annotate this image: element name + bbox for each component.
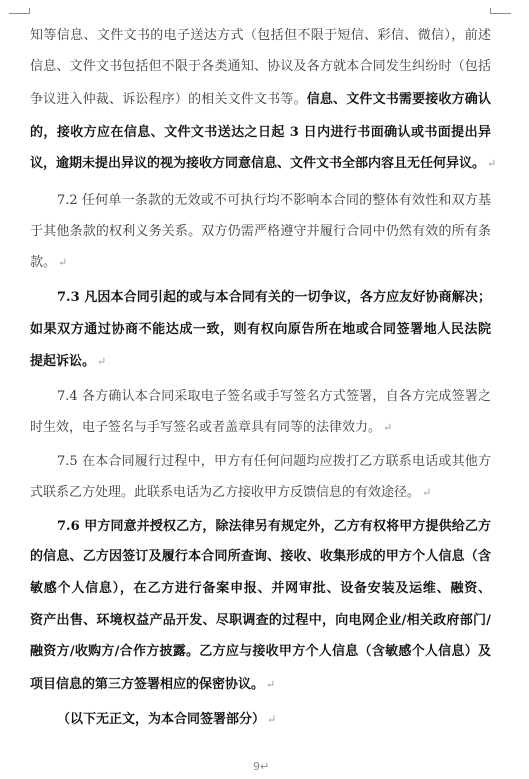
text-segment: （以下无正文，为本合同签署部分）: [57, 712, 265, 727]
text-segment: 议，逾期未提出异议的视为接收方同意信息、文件文书全部内容且无任何异议。: [30, 156, 485, 171]
closing-note: （以下无正文，为本合同签署部分）↵: [57, 710, 491, 730]
text-line: 式联系乙方处理。此联系电话为乙方接收甲方反馈信息的有效途径。↵: [30, 483, 491, 503]
page-corner-mark-left: [9, 8, 30, 14]
paragraph-mark-icon: ↵: [260, 760, 269, 773]
text-segment: 款。: [30, 255, 56, 270]
bold-text-segment: 信息、文件文书需要接收方确认: [307, 92, 491, 107]
text-line: 于其他条款的权利义务关系。双方仍需严格遵守并履行合同中仍然有效的所有条: [30, 222, 491, 242]
text-line: 提起诉讼。↵: [30, 352, 491, 372]
text-line: 的信息、乙方因签订及履行本合同所查询、接收、收集形成的甲方个人信息（含: [30, 547, 491, 567]
text-line: 信息、文件文书包括但不限于各类通知、协议及各方就本合同发生纠纷时（包括: [30, 57, 491, 77]
page-corner-mark-right: [490, 8, 511, 14]
paragraph-mark-icon: ↵: [266, 678, 275, 691]
text-line: 争议进入仲裁、诉讼程序）的相关文件文书等。信息、文件文书需要接收方确认: [30, 90, 491, 110]
text-line: 知等信息、文件文书的电子送达方式（包括但不限于短信、彩信、微信），前述: [30, 26, 491, 46]
text-line: 的，接收方应在信息、文件文书送达之日起 3 日内进行书面确认或书面提出异: [30, 123, 491, 143]
text-line: 7.6 甲方同意并授权乙方，除法律另有规定外，乙方有权将甲方提供给乙方: [57, 517, 491, 537]
paragraph-mark-icon: ↵: [487, 157, 496, 170]
page-number: 9↵: [253, 760, 269, 773]
text-line: 融资方/收购方/合作方披露。乙方应与接收甲方个人信息（含敏感个人信息）及: [30, 642, 491, 662]
text-segment: 式联系乙方处理。此联系电话为乙方接收甲方反馈信息的有效途径。: [30, 485, 420, 500]
text-segment: 争议进入仲裁、诉讼程序）的相关文件文书等。: [30, 92, 307, 107]
page-number-value: 9: [253, 760, 260, 773]
text-line: 款。↵: [30, 253, 491, 273]
text-line: 项目信息的第三方签署相应的保密协议。↵: [30, 675, 491, 695]
text-line: 资产出售、环境权益产品开发、尽职调查的过程中，向电网企业/相关政府部门/: [30, 611, 491, 631]
paragraph-mark-icon: ↵: [267, 713, 276, 726]
text-line: 敏感个人信息），在乙方进行备案申报、并网审批、设备安装及运维、融资、: [30, 579, 491, 599]
paragraph-mark-icon: ↵: [422, 486, 431, 499]
paragraph-mark-icon: ↵: [383, 421, 392, 434]
text-segment: 提起诉讼。: [30, 354, 95, 369]
text-line: 时生效，电子签名与手写签名或者盖章具有同等的法律效力。↵: [30, 418, 491, 438]
text-line: 7.3 凡因本合同引起的或与本合同有关的一切争议，各方应友好协商解决；: [57, 288, 491, 308]
paragraph-mark-icon: ↵: [58, 256, 67, 269]
text-line: 如果双方通过协商不能达成一致，则有权向原告所在地或合同签署地人民法院: [30, 320, 491, 340]
paragraph-mark-icon: ↵: [97, 355, 106, 368]
text-line: 7.4 各方确认本合同采取电子签名或手写签名方式签署，自各方完成签署之: [57, 387, 491, 407]
text-segment: 时生效，电子签名与手写签名或者盖章具有同等的法律效力。: [30, 420, 381, 435]
text-line: 7.5 在本合同履行过程中，甲方有任何问题均应拨打乙方联系电话或其他方: [57, 452, 491, 472]
text-segment: 项目信息的第三方签署相应的保密协议。: [30, 677, 264, 692]
text-line: 议，逾期未提出异议的视为接收方同意信息、文件文书全部内容且无任何异议。↵: [30, 154, 491, 174]
text-line: 7.2 任何单一条款的无效或不可执行均不影响本合同的整体有效性和双方基: [57, 191, 491, 211]
